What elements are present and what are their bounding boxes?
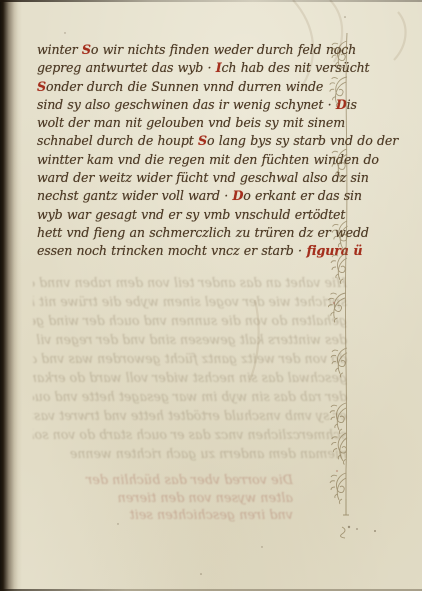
showthrough-line: schmerczlichen vncz das er ouch starb do…: [33, 425, 347, 444]
text-line: winter So wir nichts finden weder durch …: [37, 41, 349, 59]
rubric-initial: S: [198, 133, 207, 148]
text-line: hett vnd fieng an schmerczlich zu trüren…: [37, 224, 349, 242]
text-line: wintter kam vnd die regen mit den füchte…: [37, 151, 349, 169]
text-line: gepreg antwurtet das wyb · Ich hab des n…: [37, 59, 349, 77]
showthrough-line: Hie vahet an das ander teil von dem rabe…: [33, 273, 347, 292]
text-line: ward der weitz wider fücht vnd geschwal …: [37, 169, 349, 187]
rubric-initial: S: [82, 42, 91, 57]
showthrough-line: sprichet wie der vogel sinem wybe die tr…: [33, 292, 347, 311]
main-text-block: winter So wir nichts finden weder durch …: [37, 41, 349, 261]
showthrough-rubric-line: alten wysen von den tieren: [58, 490, 293, 508]
text-line: sind sy also geschwinen das ir wenig sch…: [37, 96, 349, 114]
showthrough-rubric-line: Die vorred vber das büchlin der: [58, 472, 293, 490]
text-line: Sonder durch die Sunnen vnnd durren wind…: [37, 78, 349, 96]
showthrough-line: do von der weitz gantz fücht geworden wa…: [33, 349, 347, 368]
binding-gutter-shadow: [0, 0, 22, 591]
rubric-initial: D: [232, 188, 243, 203]
text-line: schnabel durch de houpt So lang bys sy s…: [37, 132, 349, 150]
showthrough-rubric-block: Die vorred vber das büchlin deralten wys…: [58, 472, 293, 525]
showthrough-line: geschwal das sin nechst wider voll ward …: [33, 368, 347, 387]
rubric-initial: figura ü: [302, 243, 363, 258]
rubric-initial: D: [336, 97, 347, 112]
page-top-edge: [0, 0, 422, 2]
showthrough-line: des wintters kalt gewesen sind vnd der r…: [33, 330, 347, 349]
showthrough-line: nieman dem andern zu gach richten wenne: [33, 444, 347, 463]
text-line: wolt der man nit gelouben vnd beis sy mi…: [37, 114, 349, 132]
showthrough-line: der rab das sin wyb im war gesaget hette…: [33, 387, 347, 406]
showthrough-text-block: Hie vahet an das ander teil von dem rabe…: [33, 273, 347, 463]
showthrough-rubric-line: vnd iren geschichten seit: [58, 507, 293, 525]
manuscript-page: winter So wir nichts finden weder durch …: [0, 0, 422, 591]
rubric-initial: S: [37, 79, 46, 94]
text-line: essen noch trincken mocht vncz er starb …: [37, 242, 349, 260]
text-line: nechst gantz wider voll ward · Do erkant…: [37, 187, 349, 205]
showthrough-line: gehalten do von die sunnen vnd ouch der …: [33, 311, 347, 330]
text-line: wyb war gesagt vnd er sy vmb vnschuld er…: [37, 206, 349, 224]
showthrough-line: er sy vmb vnschuld ertödtet hette vnd tr…: [33, 406, 347, 425]
